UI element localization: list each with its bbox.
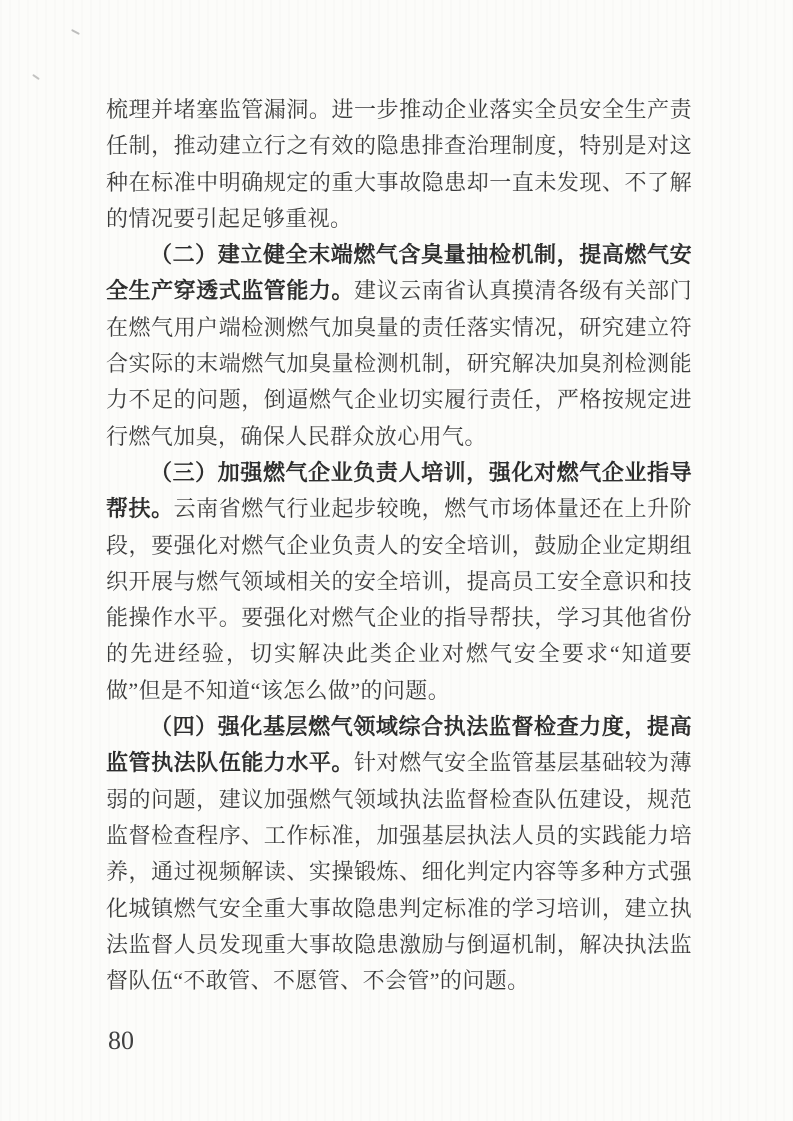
page-number: 80 [108,1026,134,1056]
pen-scan-mark [32,74,40,80]
paragraph-text: 针对燃气安全监管基层基础较为薄弱的问题，建议加强燃气领域执法监督检查队伍建设，规… [106,750,692,993]
paragraph-item-2: （二）建立健全末端燃气含臭量抽检机制，提高燃气安全生产穿透式监管能力。建议云南省… [106,237,692,455]
paragraph-item-3: （三）加强燃气企业负责人培训，强化对燃气企业指导帮扶。云南省燃气行业起步较晚，燃… [106,455,692,709]
paragraph-continuation: 梳理并堵塞监管漏洞。进一步推动企业落实全员安全生产责任制，推动建立行之有效的隐患… [106,92,692,237]
document-body: 梳理并堵塞监管漏洞。进一步推动企业落实全员安全生产责任制，推动建立行之有效的隐患… [106,92,692,999]
paragraph-item-4: （四）强化基层燃气领域综合执法监督检查力度，提高监管执法队伍能力水平。针对燃气安… [106,709,692,999]
document-page: 梳理并堵塞监管漏洞。进一步推动企业落实全员安全生产责任制，推动建立行之有效的隐患… [0,0,793,1121]
paragraph-text: 梳理并堵塞监管漏洞。进一步推动企业落实全员安全生产责任制，推动建立行之有效的隐患… [106,97,692,231]
paragraph-text: 云南省燃气行业起步较晚，燃气市场体量还在上升阶段，要强化对燃气企业负责人的安全培… [106,496,692,702]
pen-scan-mark [71,29,80,35]
paragraph-text: 建议云南省认真摸清各级有关部门在燃气用户端检测燃气加臭量的责任落实情况，研究建立… [106,278,692,448]
